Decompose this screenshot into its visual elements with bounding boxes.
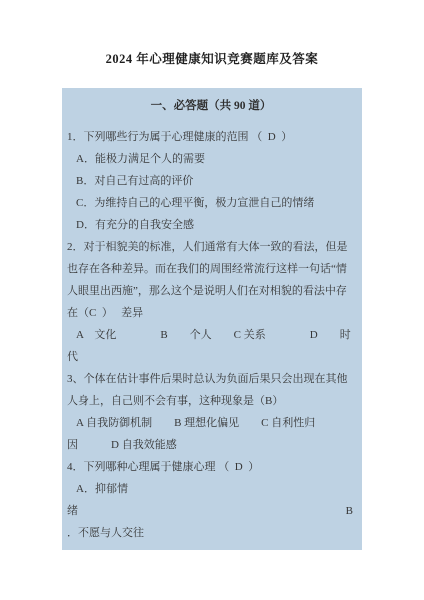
option-b-fragment: B [346, 500, 353, 522]
question-line: 4．下列哪种心理属于健康心理 （ D ） [67, 456, 355, 478]
option-line: D．有充分的自我安全感 [67, 214, 355, 236]
document-title: 2024 年心理健康知识竞赛题库及答案 [0, 49, 424, 67]
option-continuation-line: 因 D 自我效能感 [67, 434, 355, 456]
question-line: 2．对于相貌美的标准，人们通常有大体一致的看法，但是 [67, 236, 355, 258]
option-continuation-line: 代 [67, 346, 355, 368]
option-line: B．对自己有过高的评价 [67, 170, 355, 192]
question-line: 3、个体在估计事件后果时总认为负面后果只会出现在其他 [67, 368, 355, 390]
option-continuation-line: 绪 B [67, 500, 355, 522]
question-continuation-line: 人眼里出西施”，那么这个是说明人们在对相貌的看法中存 [67, 280, 355, 302]
question-continuation-line: 在（C ） 差异 [67, 302, 355, 324]
question-continuation-line: 人身上，自己则不会有事，这种现象是（B） [67, 390, 355, 412]
question-continuation-line: 也存在各种差异。而在我们的周围经常流行这样一句话“情 [67, 258, 355, 280]
option-line: A．能极力满足个人的需要 [67, 148, 355, 170]
option-text-fragment: 绪 [67, 500, 78, 522]
option-line: C．为维持自己的心理平衡，极力宣泄自己的情绪 [67, 192, 355, 214]
option-line: A 自我防御机制 B 理想化偏见 C 自利性归 [67, 412, 355, 434]
section-heading: 一、必答题（共 90 道） [67, 98, 355, 114]
option-line: A 文化 B 个人 C 关系 D 时 [67, 324, 355, 346]
option-line: A．抑郁情 [67, 478, 355, 500]
question-panel: 一、必答题（共 90 道） 1．下列哪些行为属于心理健康的范围 （ D ） A．… [62, 88, 362, 550]
option-continuation-line: ．不愿与人交往 [67, 522, 355, 544]
question-line: 1．下列哪些行为属于心理健康的范围 （ D ） [67, 126, 355, 148]
